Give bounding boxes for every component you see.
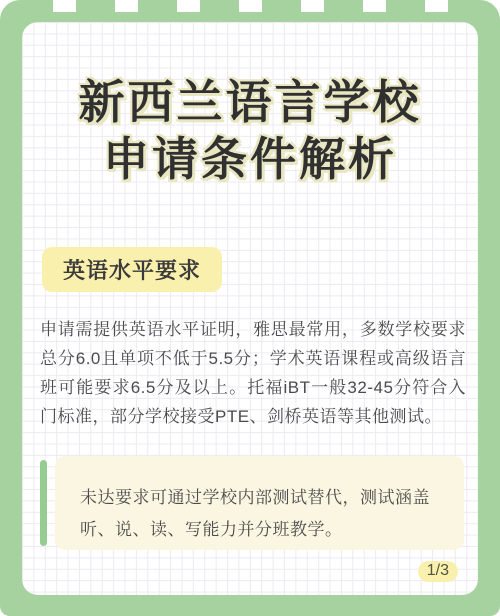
grid-card: 新西兰语言学校 申请条件解析 英语水平要求 申请需提供英语水平证明，雅思最常用，… [22, 22, 478, 595]
note-box: 未达要求可通过学校内部测试替代，测试涵盖听、说、读、写能力并分班教学。 [40, 456, 464, 550]
note-text: 未达要求可通过学校内部测试替代，测试涵盖听、说、读、写能力并分班教学。 [55, 456, 464, 550]
body-paragraph: 申请需提供英语水平证明，雅思最常用，多数学校要求总分6.0且单项不低于5.5分；… [40, 315, 466, 431]
title-line-1: 新西兰语言学校 [22, 74, 478, 131]
title-line-2: 申请条件解析 [22, 131, 478, 188]
note-accent-bar [40, 460, 47, 546]
page-indicator: 1/3 [418, 561, 458, 582]
poster-title: 新西兰语言学校 申请条件解析 [22, 74, 478, 188]
section-badge: 英语水平要求 [42, 247, 222, 292]
